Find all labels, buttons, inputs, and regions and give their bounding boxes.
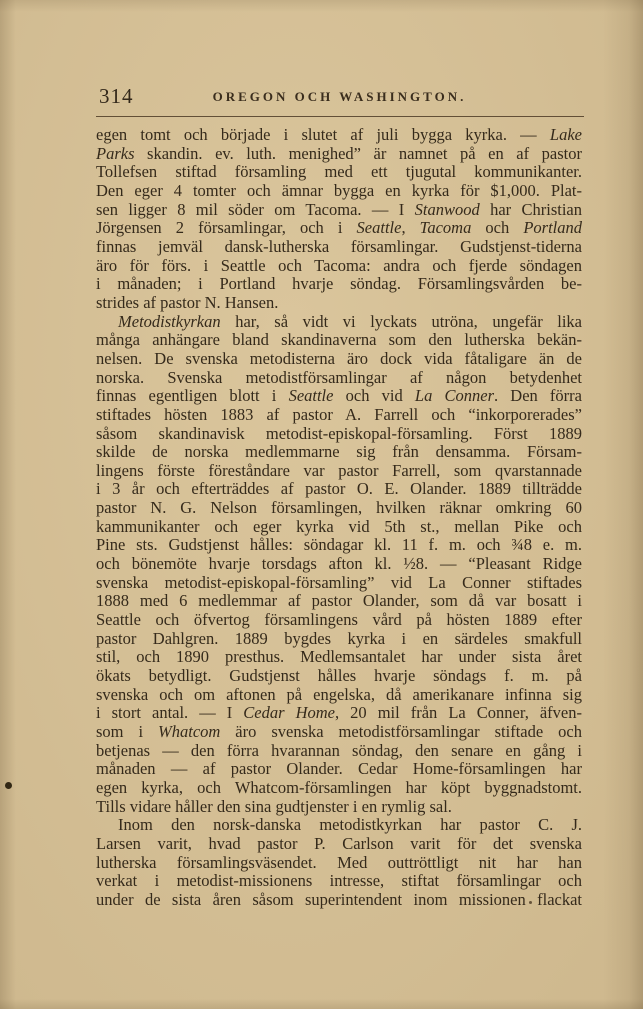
text-line: Inom den norsk-danska metodistkyrkan har… bbox=[96, 816, 582, 835]
text-segment: egen kyrka, och Whatcom-församlingen har… bbox=[96, 778, 582, 797]
text-line: 1888 med 6 medlemmar af pastor Olander, … bbox=[96, 592, 582, 611]
text-line: under de sista åren såsom superintendent… bbox=[96, 891, 582, 910]
text-segment: som i bbox=[96, 722, 158, 741]
text-segment: har Christian bbox=[480, 200, 582, 219]
text-segment: pastor N. G. Nelson församlingen, hvilke… bbox=[96, 498, 582, 517]
text-line: ökats betydligt. Gudstjenst hålles hvarj… bbox=[96, 667, 582, 686]
text-segment: finnas egentligen blott i bbox=[96, 386, 289, 405]
text-segment: såsom skandinavisk metodist-episkopal-fö… bbox=[96, 424, 582, 443]
text-segment: Den eger 4 tomter och ämnar bygga en kyr… bbox=[96, 181, 582, 200]
text-line: pastor Dahlgren. 1889 bygdes kyrka i en … bbox=[96, 630, 582, 649]
text-segment: svenska och om aftonen på engelska, då a… bbox=[96, 685, 582, 704]
text-segment: månaden — af pastor Olander. Cedar Home-… bbox=[96, 759, 582, 778]
text-line: egen tomt och började i slutet af juli b… bbox=[96, 126, 582, 145]
italic-text-segment: Cedar Home bbox=[243, 703, 335, 722]
italic-text-segment: Tacoma bbox=[420, 218, 472, 237]
text-segment: och bbox=[471, 218, 523, 237]
text-line: såsom skandinavisk metodist-episkopal-fö… bbox=[96, 425, 582, 444]
text-line: Larsen varit, hvad pastor P. Carlson var… bbox=[96, 835, 582, 854]
paper-speck bbox=[529, 901, 532, 904]
text-line: månaden — af pastor Olander. Cedar Home-… bbox=[96, 760, 582, 779]
header-rule bbox=[96, 116, 584, 117]
text-line: Parks skandin. ev. luth. menighed” är na… bbox=[96, 145, 582, 164]
text-line: lingens förste föreståndare var pastor F… bbox=[96, 462, 582, 481]
text-segment: , 20 mil från La Conner, äfven- bbox=[335, 703, 582, 722]
text-segment: i stort antal. — I bbox=[96, 703, 243, 722]
italic-text-segment: Seattle bbox=[357, 218, 402, 237]
text-block: egen tomt och började i slutet af juli b… bbox=[96, 126, 582, 910]
text-line: strides af pastor N. Hansen. bbox=[96, 294, 582, 313]
italic-text-segment: Metodistkyrkan bbox=[118, 312, 221, 331]
text-segment: 1888 med 6 medlemmar af pastor Olander, … bbox=[96, 591, 582, 610]
text-segment: lingens förste föreståndare var pastor F… bbox=[96, 461, 582, 480]
text-line: i månaden; i Portland hvarje söndag. För… bbox=[96, 275, 582, 294]
text-line: Seattle och öfvertog församlingens vård … bbox=[96, 611, 582, 630]
text-segment: verkat i metodist-missionens intresse, s… bbox=[96, 871, 582, 890]
italic-text-segment: La Conner bbox=[415, 386, 494, 405]
italic-text-segment: Stanwood bbox=[415, 200, 480, 219]
text-segment: Tills vidare håller den sina gudtjenster… bbox=[96, 797, 452, 816]
italic-text-segment: Portland bbox=[523, 218, 582, 237]
text-segment: pastor Dahlgren. 1889 bygdes kyrka i en … bbox=[96, 629, 582, 648]
text-segment: sen ligger 8 mil söder om Tacoma. — I bbox=[96, 200, 415, 219]
text-segment: stiftades hösten 1883 af pastor A. Farre… bbox=[96, 405, 582, 424]
text-line: som i Whatcom äro svenska metodistförsam… bbox=[96, 723, 582, 742]
text-segment: Inom den norsk-danska metodistkyrkan har… bbox=[118, 815, 582, 834]
italic-text-segment: Lake bbox=[550, 125, 582, 144]
text-line: i stort antal. — I Cedar Home, 20 mil fr… bbox=[96, 704, 582, 723]
ink-dot bbox=[5, 782, 12, 789]
text-line: stiftades hösten 1883 af pastor A. Farre… bbox=[96, 406, 582, 425]
text-segment: många anhängare bland skandinaverna som … bbox=[96, 330, 582, 349]
text-line: lutherska församlingsväsendet. Med outtr… bbox=[96, 854, 582, 873]
text-segment: under de sista åren såsom superintendent… bbox=[96, 890, 582, 909]
text-line: och bönemöte hvarje torsdags afton kl. ½… bbox=[96, 555, 582, 574]
page-header: 314 OREGON OCH WASHINGTON. bbox=[96, 84, 583, 110]
text-line: Pine sts. Gudstjenst hålles: söndagar kl… bbox=[96, 536, 582, 555]
text-line: Den eger 4 tomter och ämnar bygga en kyr… bbox=[96, 182, 582, 201]
text-segment: Pine sts. Gudstjenst hålles: söndagar kl… bbox=[96, 535, 582, 554]
text-segment: Jörgensen 2 församlingar, och i bbox=[96, 218, 357, 237]
text-segment: Tollefsen stiftad församling med ett tju… bbox=[96, 162, 582, 181]
text-segment: betjenas — den förra hvarannan söndag, d… bbox=[96, 741, 582, 760]
text-line: många anhängare bland skandinaverna som … bbox=[96, 331, 582, 350]
text-segment: nelsen. De svenska metodisterna äro dock… bbox=[96, 349, 582, 368]
text-segment: kammunikanter och eger kyrka vid 5th st.… bbox=[96, 517, 582, 536]
text-segment: Larsen varit, hvad pastor P. Carlson var… bbox=[96, 834, 582, 853]
text-line: Metodistkyrkan har, så vidt vi lyckats u… bbox=[96, 313, 582, 332]
text-line: Tills vidare håller den sina gudtjenster… bbox=[96, 798, 582, 817]
text-line: stil, och 1890 presthus. Medlemsantalet … bbox=[96, 648, 582, 667]
text-line: skilde de norska medlemmarne sig från de… bbox=[96, 443, 582, 462]
italic-text-segment: Seattle bbox=[289, 386, 334, 405]
text-line: norska. Svenska metodistförsamlingar af … bbox=[96, 369, 582, 388]
text-segment: Seattle och öfvertog församlingens vård … bbox=[96, 610, 582, 629]
book-page: 314 OREGON OCH WASHINGTON. egen tomt och… bbox=[0, 0, 643, 1009]
text-line: verkat i metodist-missionens intresse, s… bbox=[96, 872, 582, 891]
running-title: OREGON OCH WASHINGTON. bbox=[96, 89, 583, 105]
text-segment: stil, och 1890 presthus. Medlemsantalet … bbox=[96, 647, 582, 666]
text-line: finnas egentligen blott i Seattle och vi… bbox=[96, 387, 582, 406]
italic-text-segment: Whatcom bbox=[158, 722, 220, 741]
text-segment: norska. Svenska metodistförsamlingar af … bbox=[96, 368, 582, 387]
text-segment: äro svenska metodistförsamlingar stiftad… bbox=[220, 722, 582, 741]
italic-text-segment: Parks bbox=[96, 144, 135, 163]
text-segment: äro för förs. i Seattle och Tacoma: andr… bbox=[96, 256, 582, 275]
text-segment: lutherska församlingsväsendet. Med outtr… bbox=[96, 853, 582, 872]
text-segment: egen tomt och började i slutet af juli b… bbox=[96, 125, 550, 144]
text-line: svenska metodist-episkopal-församling” v… bbox=[96, 574, 582, 593]
text-segment: svenska metodist-episkopal-församling” v… bbox=[96, 573, 582, 592]
text-line: betjenas — den förra hvarannan söndag, d… bbox=[96, 742, 582, 761]
text-segment: strides af pastor N. Hansen. bbox=[96, 293, 278, 312]
text-segment: finnas jemväl dansk-lutherska församling… bbox=[96, 237, 582, 256]
text-segment: och vid bbox=[333, 386, 414, 405]
text-line: i 3 år och efterträddes af pastor O. E. … bbox=[96, 480, 582, 499]
text-segment: . Den förra bbox=[494, 386, 582, 405]
text-line: Jörgensen 2 församlingar, och i Seattle,… bbox=[96, 219, 582, 238]
text-line: egen kyrka, och Whatcom-församlingen har… bbox=[96, 779, 582, 798]
text-segment: och bönemöte hvarje torsdags afton kl. ½… bbox=[96, 554, 582, 573]
text-segment: , bbox=[401, 218, 419, 237]
text-line: svenska och om aftonen på engelska, då a… bbox=[96, 686, 582, 705]
text-line: Tollefsen stiftad församling med ett tju… bbox=[96, 163, 582, 182]
text-segment: ökats betydligt. Gudstjenst hålles hvarj… bbox=[96, 666, 582, 685]
text-line: sen ligger 8 mil söder om Tacoma. — I St… bbox=[96, 201, 582, 220]
text-line: äro för förs. i Seattle och Tacoma: andr… bbox=[96, 257, 582, 276]
text-segment: i månaden; i Portland hvarje söndag. För… bbox=[96, 274, 582, 293]
text-segment: skilde de norska medlemmarne sig från de… bbox=[96, 442, 582, 461]
text-segment: skandin. ev. luth. menighed” är namnet p… bbox=[135, 144, 583, 163]
text-segment: har, så vidt vi lyckats utröna, ungefär … bbox=[221, 312, 582, 331]
text-line: pastor N. G. Nelson församlingen, hvilke… bbox=[96, 499, 582, 518]
text-line: finnas jemväl dansk-lutherska församling… bbox=[96, 238, 582, 257]
text-segment: i 3 år och efterträddes af pastor O. E. … bbox=[96, 479, 582, 498]
text-line: nelsen. De svenska metodisterna äro dock… bbox=[96, 350, 582, 369]
text-line: kammunikanter och eger kyrka vid 5th st.… bbox=[96, 518, 582, 537]
